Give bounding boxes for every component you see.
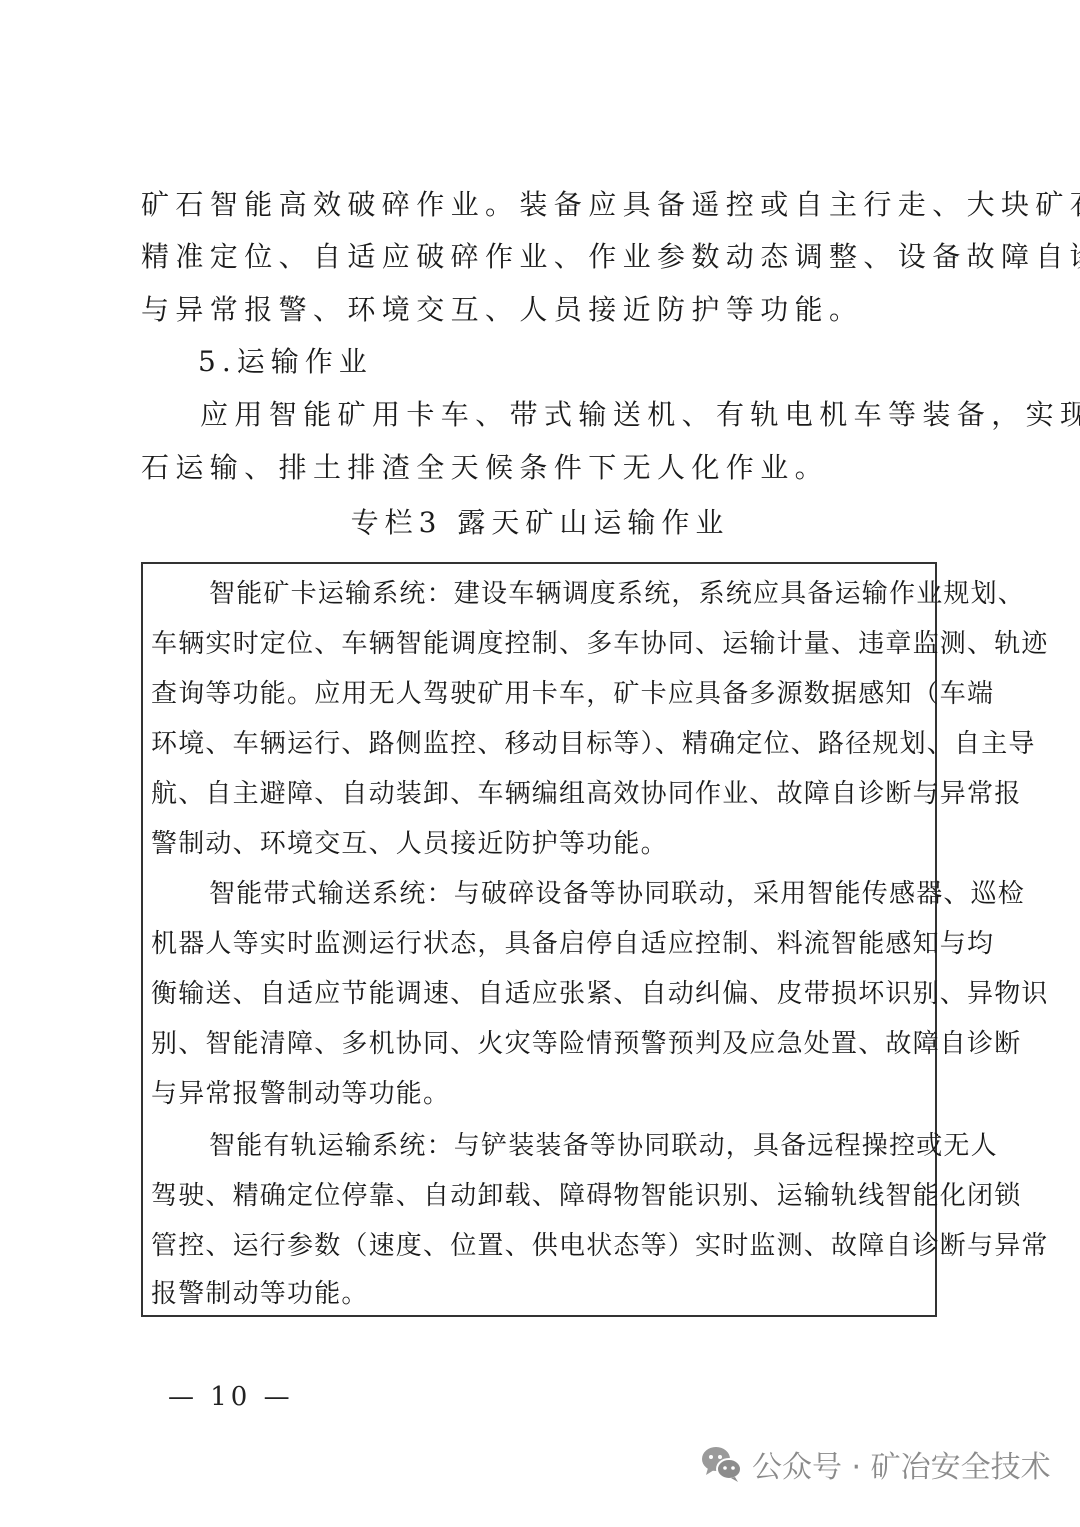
box-text-line: 智能带式输送系统：与破碎设备等协同联动，采用智能传感器、巡检 [209,876,999,912]
box-text-line: 衡输送、自适应节能调速、自适应张紧、自动纠偏、皮带损坏识别、异物识 [151,976,941,1012]
box-text-line: 与异常报警制动等功能。 [151,1076,941,1112]
watermark: 公众号 · 矿冶安全技术 [700,1442,1051,1486]
box-text-line: 智能矿卡运输系统：建设车辆调度系统，系统应具备运输作业规划、 [209,576,999,612]
body-text-line: 精准定位、自适应破碎作业、作业参数动态调整、设备故障自诊断 [141,238,939,276]
watermark-text: 公众号 · 矿冶安全技术 [752,1442,1051,1486]
box-text-line: 查询等功能。应用无人驾驶矿用卡车，矿卡应具备多源数据感知（车端 [151,676,941,712]
box-title: 专栏3 露天矿山运输作业 [0,504,1080,542]
box-text-line: 环境、车辆运行、路侧监控、移动目标等）、精确定位、路径规划、自主导 [151,726,941,762]
box-text-line: 管控、运行参数（速度、位置、供电状态等）实时监测、故障自诊断与异常 [151,1228,941,1264]
wechat-icon [700,1444,744,1484]
column-box: 智能矿卡运输系统：建设车辆调度系统，系统应具备运输作业规划、 车辆实时定位、车辆… [141,562,937,1317]
body-text-line: 矿石智能高效破碎作业。装备应具备遥控或自主行走、大块矿石 [141,186,939,224]
page-number: — 10 — [168,1380,294,1414]
box-text-line: 车辆实时定位、车辆智能调度控制、多车协同、运输计量、违章监测、轨迹 [151,626,941,662]
body-text-line: 石运输、排土排渣全天候条件下无人化作业。 [141,449,939,487]
box-text-line: 报警制动等功能。 [151,1276,941,1312]
box-text-line: 警制动、环境交互、人员接近防护等功能。 [151,826,941,862]
box-text-line: 智能有轨运输系统：与铲装装备等协同联动，具备远程操控或无人 [209,1128,999,1164]
body-text-line: 与异常报警、环境交互、人员接近防护等功能。 [141,291,939,329]
box-text-line: 驾驶、精确定位停靠、自动卸载、障碍物智能识别、运输轨线智能化闭锁 [151,1178,941,1214]
section-heading: 5.运输作业 [198,343,373,381]
box-text-line: 别、智能清障、多机协同、火灾等险情预警预判及应急处置、故障自诊断 [151,1026,941,1062]
box-text-line: 机器人等实时监测运行状态，具备启停自适应控制、料流智能感知与均 [151,926,941,962]
box-text-line: 航、自主避障、自动装卸、车辆编组高效协同作业、故障自诊断与异常报 [151,776,941,812]
body-text-line: 应用智能矿用卡车、带式输送机、有轨电机车等装备，实现矿 [200,396,940,434]
